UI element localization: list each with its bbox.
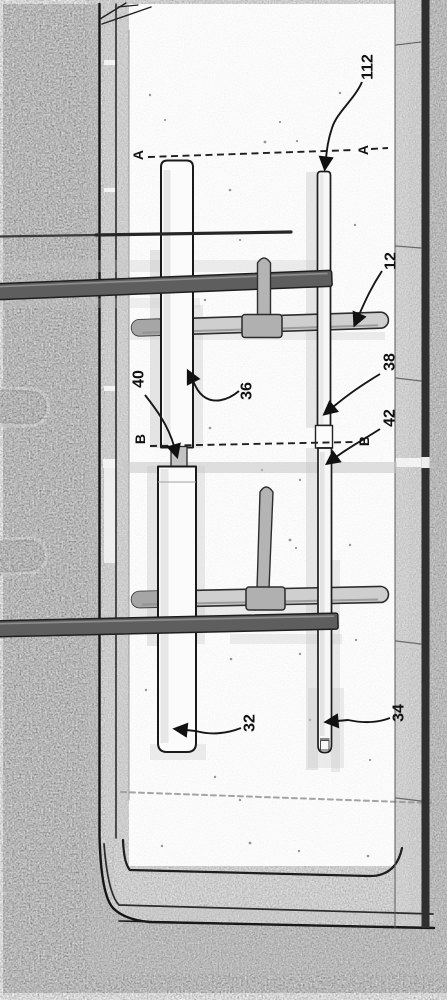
patent-figure-page: 112 12 38 42 40 36 32 34 A A B B: [0, 0, 447, 1000]
section-letter-b-right: B: [356, 436, 372, 446]
left-wall-band-inner: [105, 4, 115, 836]
ref-label-32: 32: [242, 714, 259, 732]
section-letter-a-right: A: [355, 145, 371, 155]
wide-bar-upper-shading: [164, 170, 171, 444]
ref-label-42: 42: [382, 409, 399, 427]
tee-block-upper: [242, 315, 282, 338]
ref-label-40: 40: [131, 370, 148, 388]
tee-block-lower: [246, 587, 285, 610]
left-wall-band-outer: [117, 4, 129, 838]
thin-bar-sleeve-42: [316, 426, 333, 449]
thin-bar-lower-shading: [320, 452, 325, 736]
ref-label-34: 34: [391, 704, 408, 722]
section-letter-a-left: A: [130, 150, 146, 160]
thin-bar-upper-shading: [320, 174, 324, 424]
thin-probe-bar: [316, 172, 333, 753]
wide-bar-coupling-40: [171, 447, 187, 467]
buried-pipe-1: [0, 388, 49, 426]
section-letter-b-left: B: [132, 434, 148, 444]
patent-figure: 112 12 38 42 40 36 32 34 A A B B: [0, 0, 447, 1000]
thin-bar-upper-segment: [318, 172, 331, 426]
ref-label-12: 12: [383, 252, 400, 270]
right-wall-gap-joint: [422, 457, 430, 468]
ref-label-112: 112: [360, 54, 377, 80]
tee-stem-upper: [258, 258, 271, 316]
wide-bar-lower-shading: [161, 469, 169, 743]
ref-label-38: 38: [382, 353, 399, 371]
soil-right-strip: [429, 0, 447, 930]
ref-label-36: 36: [239, 382, 256, 400]
buried-pipe-2: [0, 538, 47, 575]
